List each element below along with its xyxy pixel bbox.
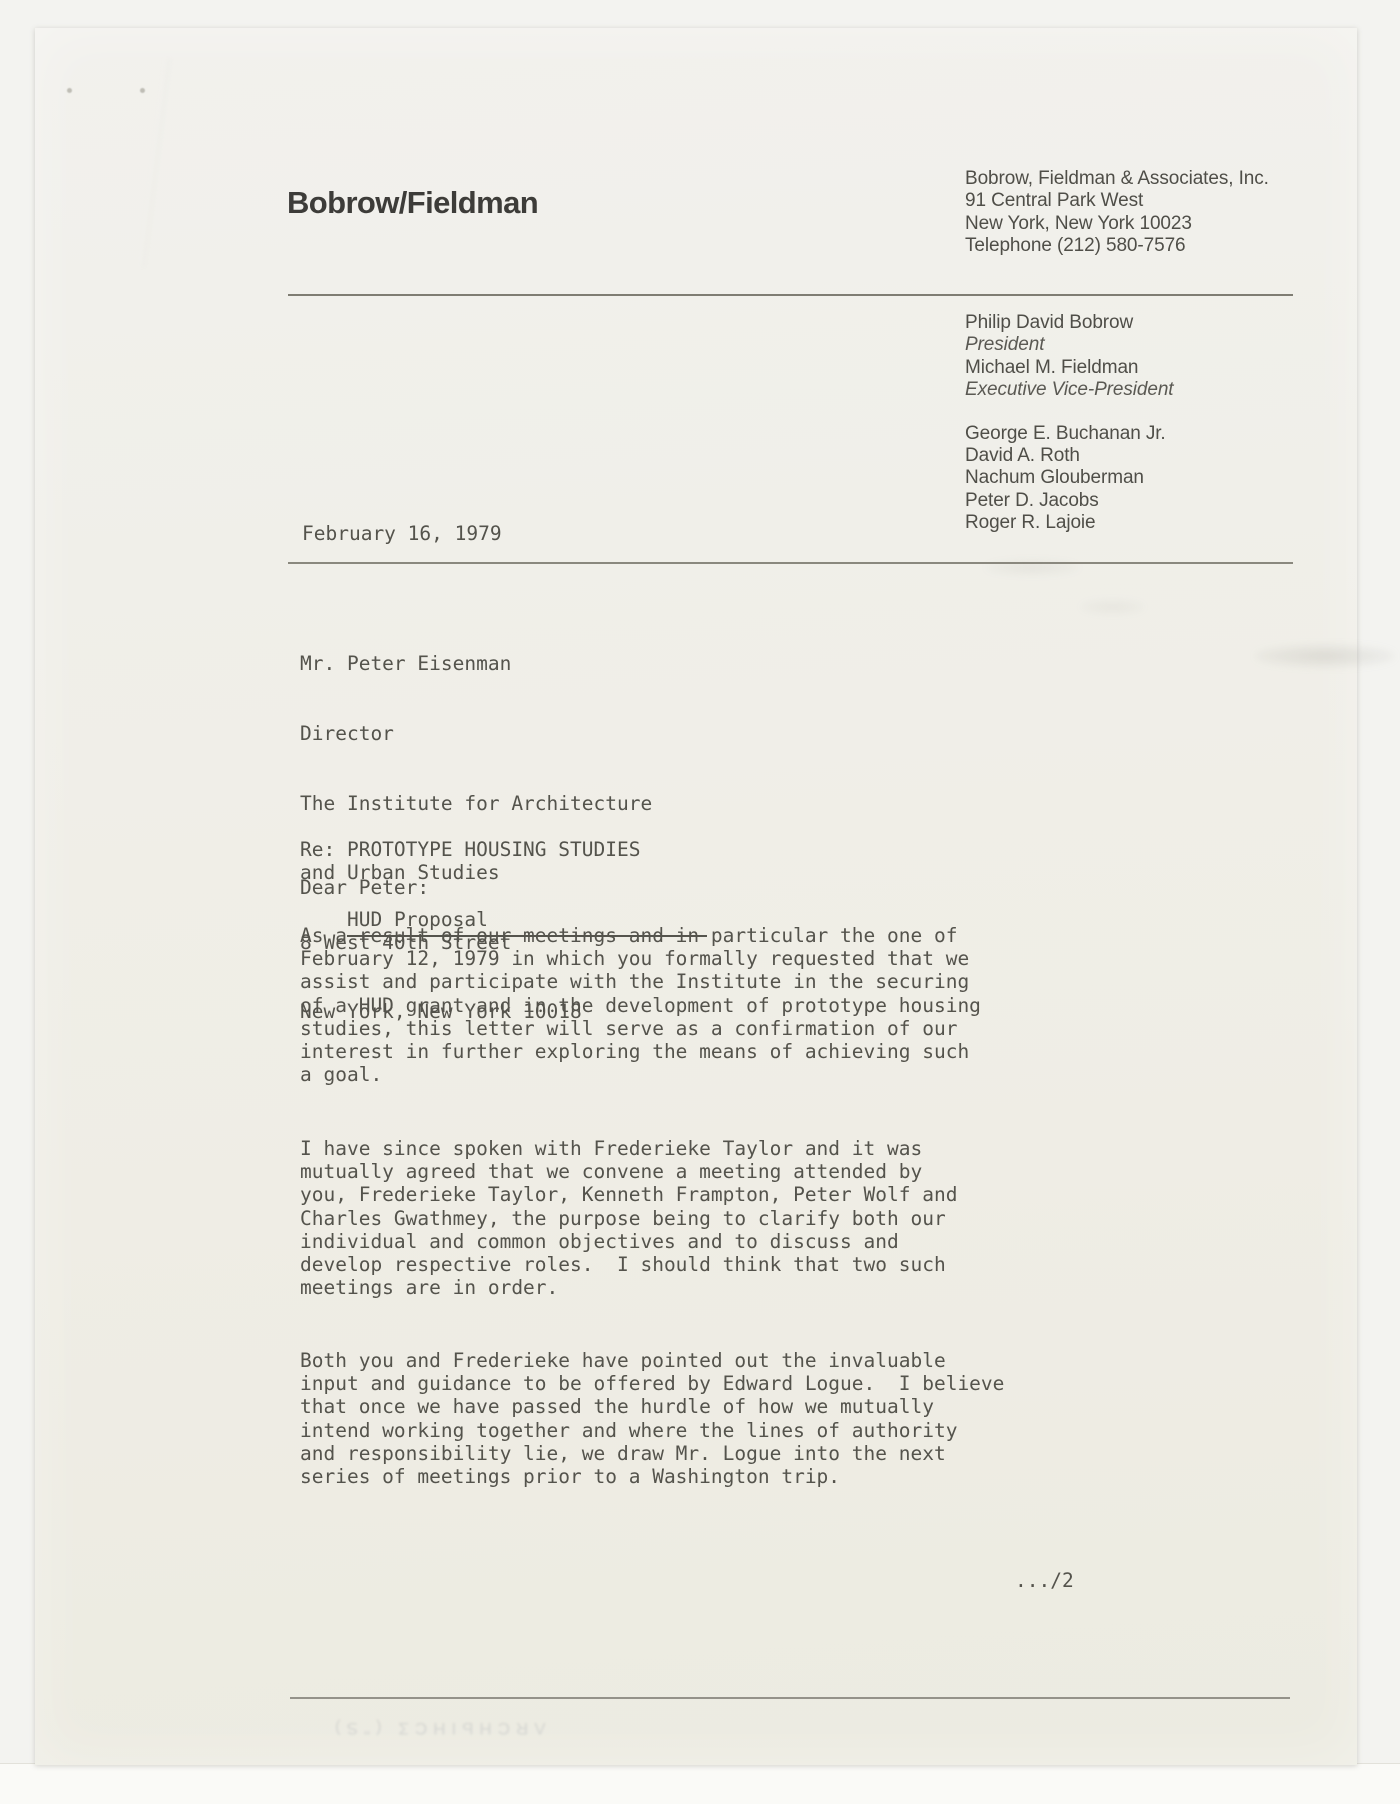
letter-page: Bobrow/Fieldman Bobrow, Fieldman & Assoc… [35,28,1357,1765]
salutation: Dear Peter: [300,876,429,899]
underlying-sheet-edge [0,1763,1400,1804]
subject-line-1: Re: PROTOTYPE HOUSING STUDIES [300,838,707,861]
officer-name: Michael M. Fieldman [965,357,1173,379]
associate-name: David A. Roth [965,445,1173,467]
paper-smudge [1255,645,1395,667]
associate-name: George E. Buchanan Jr. [965,423,1173,445]
paper-smudge [985,560,1080,575]
recipient-line: Director [300,722,652,745]
officer-title: Executive Vice-President [965,379,1173,401]
body-paragraph-3: Both you and Frederieke have pointed out… [300,1349,1004,1488]
date-divider [288,562,1293,564]
officer-name: Philip David Bobrow [965,312,1173,334]
recipient-line: Mr. Peter Eisenman [300,652,652,675]
company-logo: Bobrow/Fieldman [287,186,538,220]
page-continuation-marker: .../2 [1015,1569,1074,1592]
footer-divider [290,1697,1290,1699]
scanned-letter-background: Bobrow/Fieldman Bobrow, Fieldman & Assoc… [0,0,1400,1804]
letterhead-divider [288,294,1293,296]
body-paragraph-1: As a result of our meetings and in parti… [300,924,981,1086]
company-phone: Telephone (212) 580-7576 [965,235,1269,257]
letter-date: February 16, 1979 [302,522,502,545]
staple-mark [67,88,72,93]
officers-block: Philip David Bobrow President Michael M.… [965,312,1173,535]
associate-name: Peter D. Jacobs [965,490,1173,512]
staple-mark [140,88,145,93]
associate-name: Roger R. Lajoie [965,512,1173,534]
officers-gap [965,402,1173,423]
company-address-line: 91 Central Park West [965,190,1269,212]
associate-name: Nachum Glouberman [965,467,1173,489]
company-address-block: Bobrow, Fieldman & Associates, Inc. 91 C… [965,168,1269,258]
company-address-line: New York, New York 10023 [965,213,1269,235]
body-paragraph-2: I have since spoken with Frederieke Tayl… [300,1137,957,1299]
paper-smudge [1080,600,1145,614]
company-name: Bobrow, Fieldman & Associates, Inc. [965,168,1269,190]
ink-bleed-through-text: (ϩʺ) ƩϽΗΙԀΗϽЯΛ [335,1718,552,1738]
officer-title: President [965,334,1173,356]
